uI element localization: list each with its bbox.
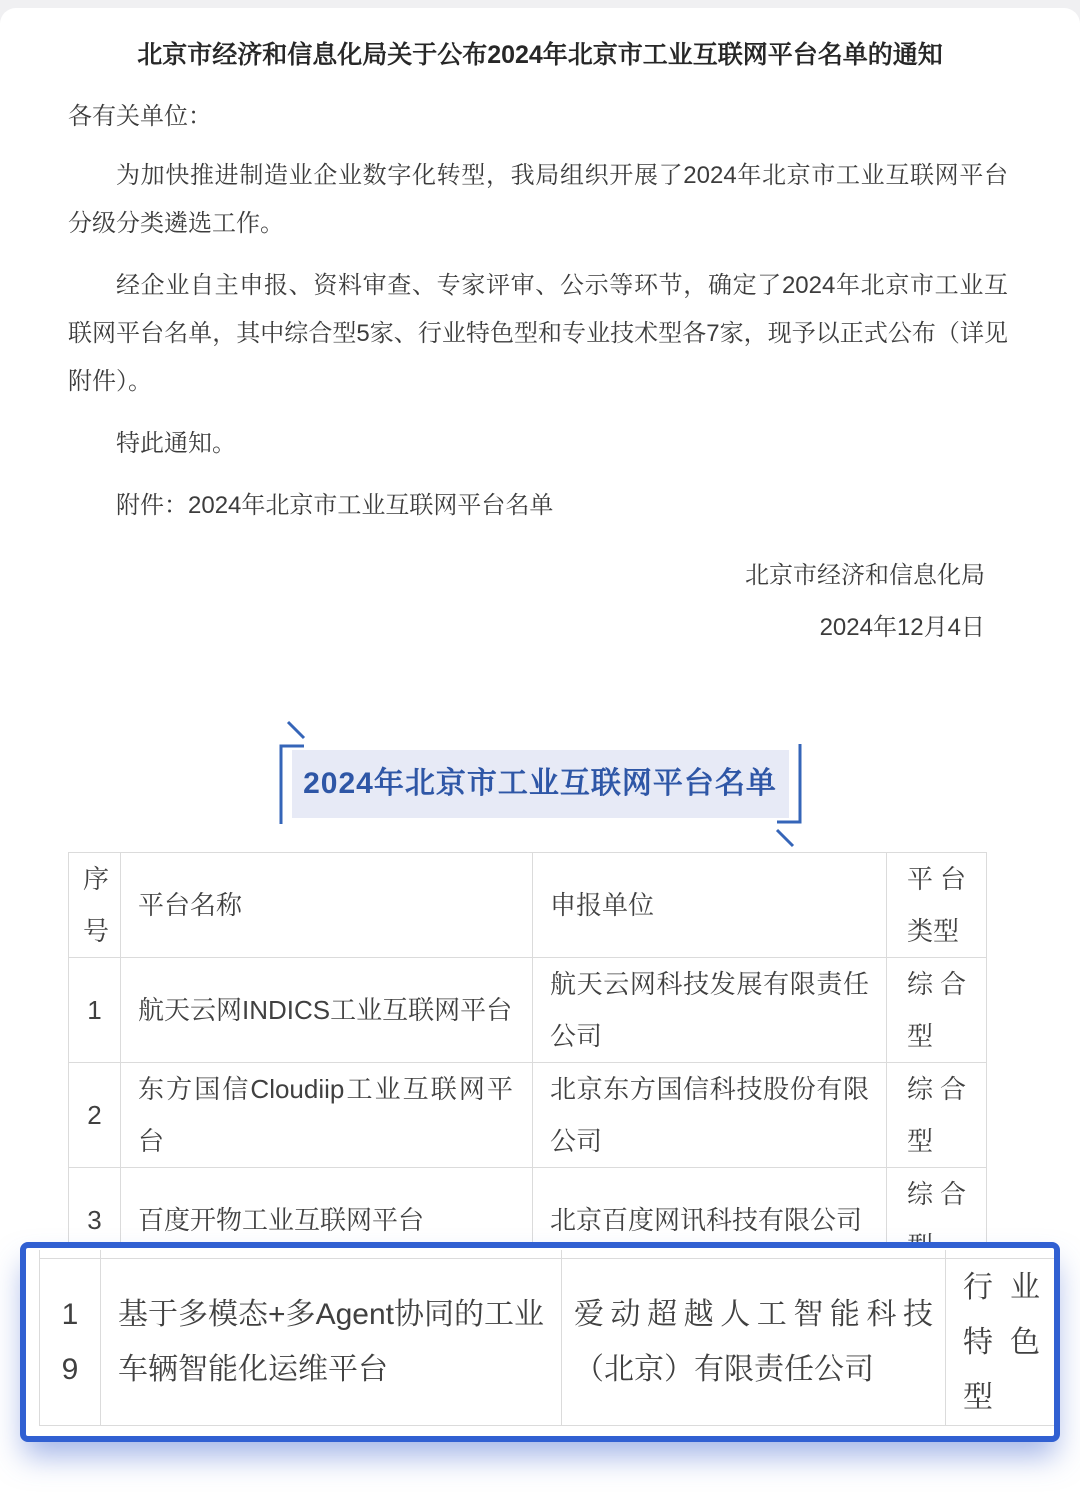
- header-cell-no: 序号: [69, 853, 121, 958]
- closing-line: 特此通知。: [68, 420, 1008, 468]
- cell-no: 1: [69, 958, 121, 1063]
- cell-company: 北京东方国信科技股份有限公司: [533, 1063, 887, 1168]
- highlighted-table-row: 19 基于多模态+多Agent协同的工业车辆智能化运维平台 爱动超越人工智能科技…: [40, 1259, 1058, 1426]
- platforms-table-section: 序号 平台名称 申报单位 平台类型 1 航天云网INDICS工业互联网平台 航天…: [68, 852, 986, 1273]
- cell-type: 综合型: [887, 958, 987, 1063]
- salutation: 各有关单位：: [68, 100, 1005, 134]
- issuer-signature: 北京市经济和信息化局: [0, 550, 985, 602]
- attachment-ref-line: 附件：2024年北京市工业互联网平台名单: [68, 482, 1008, 530]
- cell-type: 行业特色型: [946, 1259, 1058, 1426]
- table-header-row: 序号 平台名称 申报单位 平台类型: [69, 853, 987, 958]
- table-row: 2 东方国信Cloudiip工业互联网平台 北京东方国信科技股份有限公司 综合型: [69, 1063, 987, 1168]
- header-cell-platform: 平台名称: [121, 853, 533, 958]
- notice-document-card: 北京市经济和信息化局关于公布2024年北京市工业互联网平台名单的通知 各有关单位…: [0, 8, 1080, 1496]
- paragraph-2: 经企业自主申报、资料审查、专家评审、公示等环节，确定了2024年北京市工业互联网…: [68, 262, 1008, 406]
- platforms-table: 序号 平台名称 申报单位 平台类型 1 航天云网INDICS工业互联网平台 航天…: [68, 852, 987, 1273]
- cell-no: 19: [40, 1259, 101, 1426]
- highlight-annotation-box: 19 基于多模态+多Agent协同的工业车辆智能化运维平台 爱动超越人工智能科技…: [20, 1242, 1060, 1442]
- header-cell-company: 申报单位: [533, 853, 887, 958]
- table-row: 1 航天云网INDICS工业互联网平台 航天云网科技发展有限责任公司 综合型: [69, 958, 987, 1063]
- signature-block: 北京市经济和信息化局 2024年12月4日: [0, 550, 1080, 654]
- issue-date: 2024年12月4日: [0, 602, 985, 654]
- cell-company: 航天云网科技发展有限责任公司: [533, 958, 887, 1063]
- header-cell-type: 平台类型: [887, 853, 987, 958]
- corner-bracket-top-left-icon: [278, 720, 308, 826]
- attachment-title-box: 2024年北京市工业互联网平台名单: [292, 750, 789, 818]
- highlighted-table-crop: 19 基于多模态+多Agent协同的工业车辆智能化运维平台 爱动超越人工智能科技…: [39, 1250, 1058, 1426]
- cell-platform: 东方国信Cloudiip工业互联网平台: [121, 1063, 533, 1168]
- paragraph-1: 为加快推进制造业企业数字化转型，我局组织开展了2024年北京市工业互联网平台分级…: [68, 152, 1008, 248]
- cell-company: 爱动超越人工智能科技（北京）有限责任公司: [562, 1259, 946, 1426]
- attachment-title: 2024年北京市工业互联网平台名单: [292, 750, 789, 818]
- cell-no: 2: [69, 1063, 121, 1168]
- corner-bracket-bottom-right-icon: [773, 742, 803, 848]
- cell-platform: 航天云网INDICS工业互联网平台: [121, 958, 533, 1063]
- previous-row-sliver: [40, 1250, 1058, 1259]
- document-title: 北京市经济和信息化局关于公布2024年北京市工业互联网平台名单的通知: [70, 8, 1010, 74]
- cell-type: 综合型: [887, 1063, 987, 1168]
- cell-platform: 基于多模态+多Agent协同的工业车辆智能化运维平台: [101, 1259, 562, 1426]
